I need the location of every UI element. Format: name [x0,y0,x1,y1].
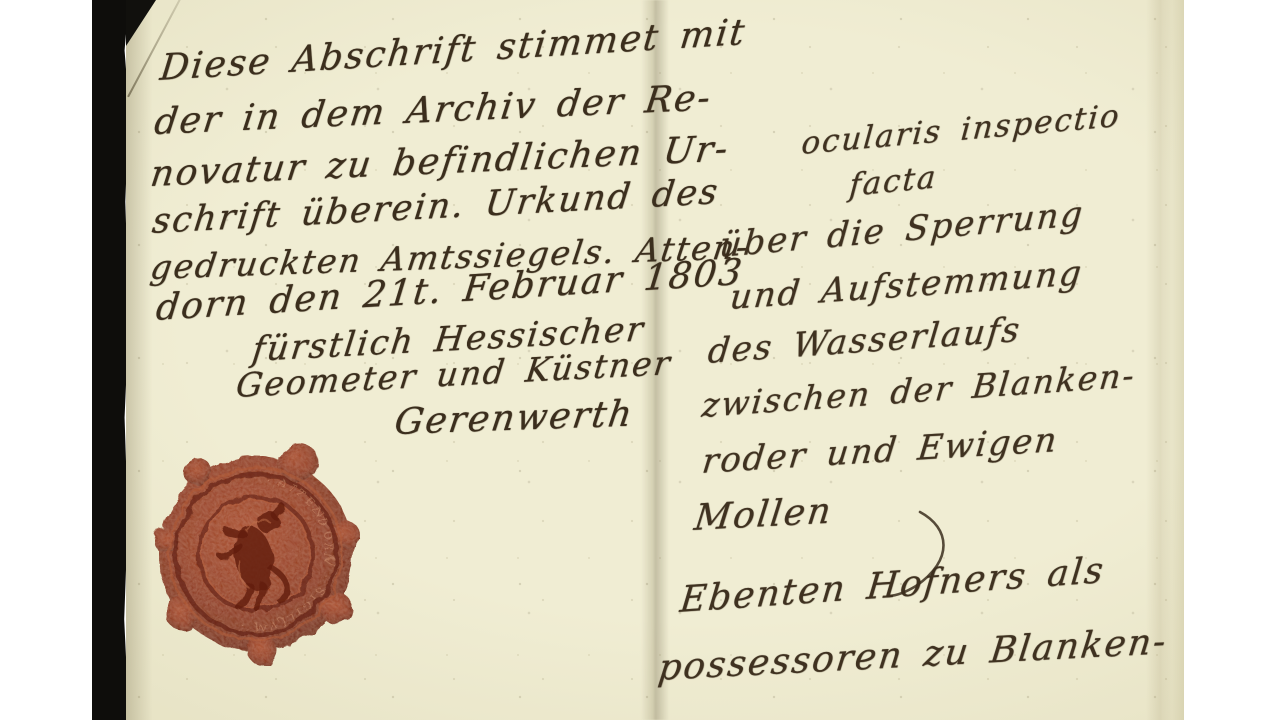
wax-seal: · ATTENDORN · SIGILLVM · [146,436,368,666]
manuscript-scan: { "document": { "kind": "handwritten arc… [0,0,1280,720]
signature: Gerenwerth [392,393,636,443]
scanner-black-border-left [92,0,129,720]
manuscript-line: Mollen [692,490,835,539]
